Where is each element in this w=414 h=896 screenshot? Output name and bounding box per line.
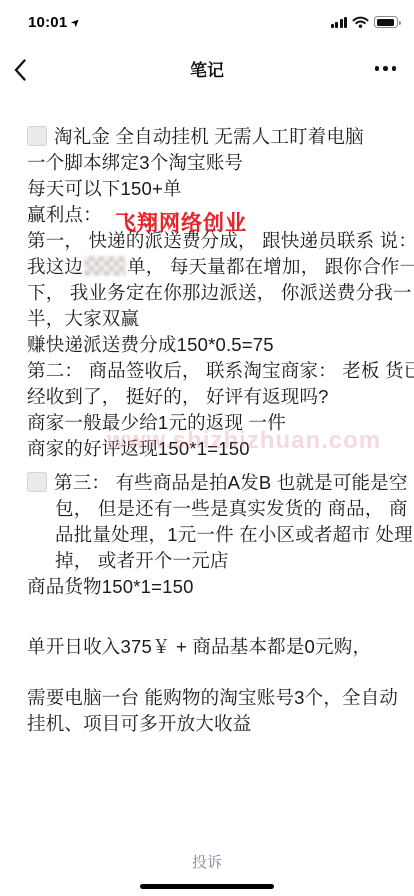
note-line: 掉， 或者开个一元店 [27, 548, 398, 574]
note-body: 淘礼金 全自动挂机 无需人工盯着电脑 一个脚本绑定3个淘宝账号 每天可以下150… [27, 124, 398, 737]
more-dots-icon [375, 66, 380, 71]
note-line: 淘礼金 全自动挂机 无需人工盯着电脑 [27, 124, 398, 150]
red-brand-watermark: 飞翔网络创业 [115, 207, 247, 237]
blank-line [27, 600, 398, 634]
note-line: 经收到了， 挺好的， 好评有返现吗? [27, 384, 398, 410]
status-icons [331, 16, 401, 28]
note-line: 品批量处理，1元一件 在小区或者超市 处理 [27, 522, 398, 548]
time-text: 10:01 [28, 14, 67, 31]
note-line: 商品货物150*1=150 [27, 574, 398, 600]
note-line: 我这边单， 每天量都在增加， 跟你合作一 [27, 254, 398, 280]
note-line: 包， 但是还有一些是真实发货的 商品， 商 [27, 496, 398, 522]
note-line: 需要电脑一台 能购物的淘宝账号3个，全自动 [27, 685, 398, 711]
battery-icon [374, 16, 398, 28]
checkbox-icon [27, 126, 47, 146]
location-arrow-icon: ➤ [68, 15, 84, 31]
note-line: 下， 我业务定在你那边派送， 你派送费分我一 [27, 280, 398, 306]
phone-screen: 10:01 ➤ 笔记 淘礼金 全自动挂机 无需人工盯着电脑 [0, 0, 414, 896]
signal-strength-icon [331, 17, 348, 28]
nav-bar: 笔记 [0, 44, 414, 94]
site-url-watermark: www.shizhizhuan.com [107, 427, 381, 455]
note-line: 半，大家双赢 [27, 306, 398, 332]
blurred-redaction [84, 256, 126, 276]
note-line: 一个脚本绑定3个淘宝账号 [27, 150, 398, 176]
note-line: 单开日收入375￥ + 商品基本都是0元购， [27, 634, 398, 660]
note-line: 赚快递派送费分成150*0.5=75 [27, 332, 398, 358]
note-line: 挂机、项目可多开放大收益 [27, 711, 398, 737]
home-indicator[interactable] [140, 884, 274, 889]
status-bar: 10:01 ➤ [0, 0, 414, 44]
checkbox-icon [27, 472, 47, 492]
page-title: 笔记 [0, 56, 414, 81]
more-button[interactable] [375, 62, 397, 75]
note-line: 第三： 有些商品是拍A发B 也就是可能是空 [27, 470, 398, 496]
report-button[interactable]: 投诉 [0, 851, 414, 872]
clock: 10:01 ➤ [28, 14, 81, 31]
note-line: 第二： 商品签收后， 联系淘宝商家： 老板 货已 [27, 358, 398, 384]
wifi-icon [352, 16, 369, 28]
note-line: 每天可以下150+单 [27, 176, 398, 202]
blank-line [27, 660, 398, 685]
